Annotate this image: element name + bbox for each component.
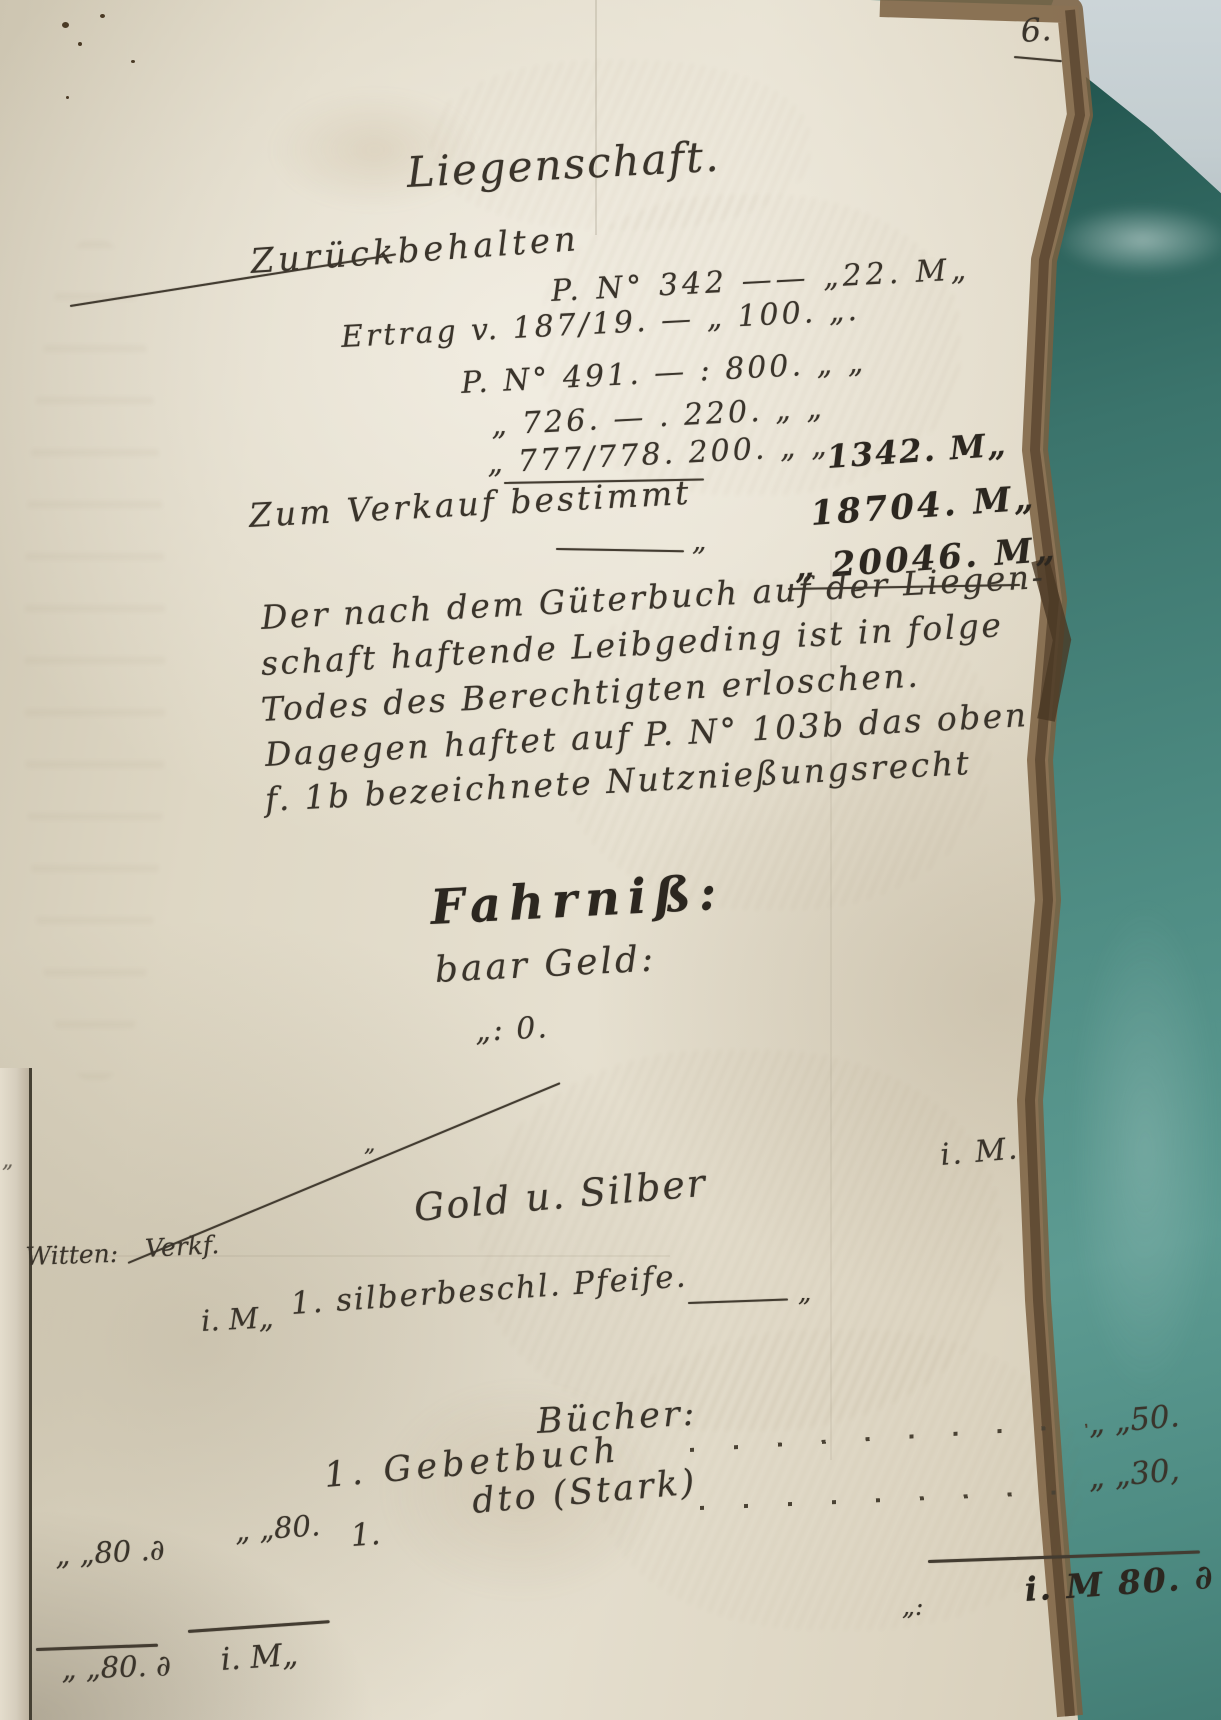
page-number: 6.: [1019, 10, 1052, 50]
margin-note: Witten:: [25, 1239, 119, 1271]
ink-speck: [100, 14, 105, 18]
margin-note: Verkf.: [144, 1230, 219, 1263]
cash-value: „: 0.: [474, 1010, 550, 1049]
sum-mark: „:: [902, 1592, 923, 1621]
sale-trail-mark: „: [692, 524, 707, 557]
paper-crease: [30, 1255, 670, 1257]
carry-currency: i. M„: [219, 1637, 299, 1678]
ink-speck: [131, 60, 135, 63]
ink-speck: [66, 96, 69, 99]
cover-sheen: [1055, 205, 1221, 275]
item-trail-mark: „: [798, 1278, 811, 1308]
paper-crease: [595, 0, 597, 235]
cover-sheen: [1070, 900, 1220, 1400]
edge-mark: „: [2, 1148, 13, 1173]
margin-amount: „ „80.: [234, 1508, 322, 1548]
bleed-through: [25, 240, 165, 1080]
ink-speck: [78, 42, 82, 46]
ink-speck: [62, 22, 69, 28]
left-margin-amount: „ „80 .∂: [54, 1532, 165, 1572]
flourish-mark: „: [364, 1132, 375, 1157]
item-margin-value: i. M„: [200, 1300, 274, 1338]
book-item-number: 1.: [349, 1516, 381, 1554]
carry-amount: „ „80. ∂: [61, 1648, 172, 1686]
gold-amount: i. M.: [939, 1131, 1021, 1173]
